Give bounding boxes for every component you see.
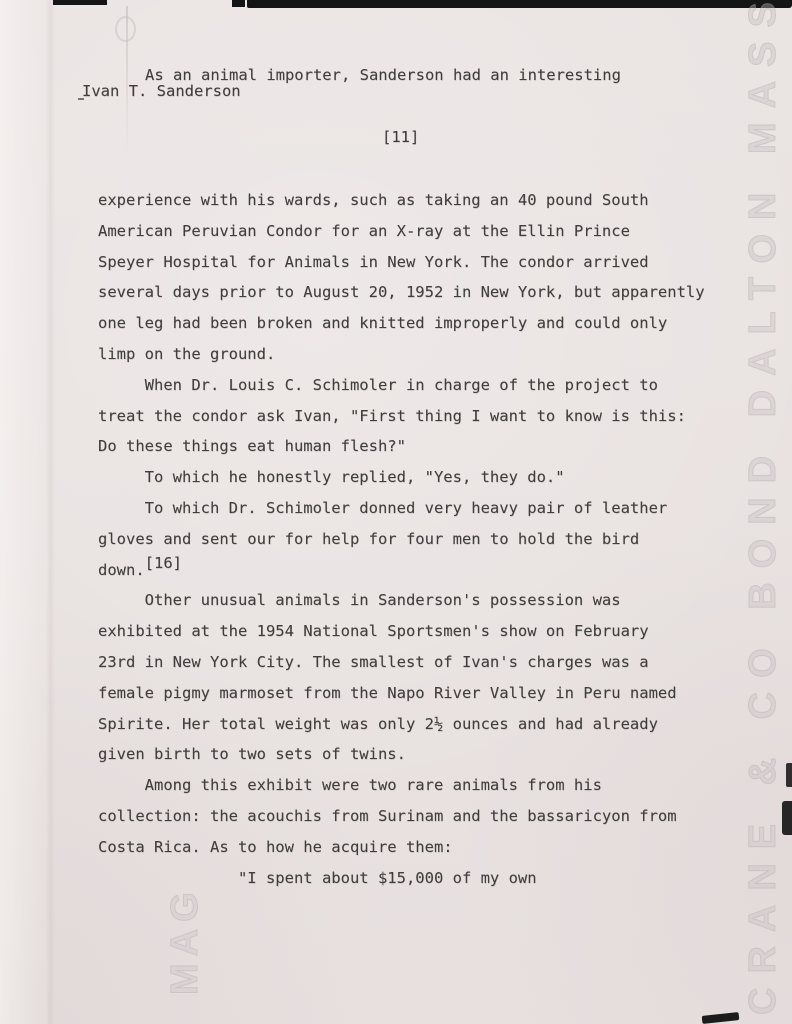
paper-watermark: CRANE & CO BOND DALTON MASS bbox=[742, 0, 785, 1015]
typed-line: treat the condor ask Ivan, "First thing … bbox=[98, 401, 705, 432]
typed-line: several days prior to August 20, 1952 in… bbox=[98, 277, 705, 308]
scan-edge-artifact bbox=[53, 0, 107, 5]
paper-crease bbox=[46, 0, 55, 1024]
running-head: Ivan T. Sanderson bbox=[82, 82, 241, 100]
typed-line: limp on the ground. bbox=[98, 339, 705, 370]
typed-line: Speyer Hospital for Animals in New York.… bbox=[98, 247, 705, 278]
scan-edge-artifact bbox=[247, 0, 792, 8]
typed-line: "I spent about $15,000 of my own bbox=[98, 863, 705, 894]
scan-edge-artifact bbox=[702, 1012, 740, 1024]
typed-line: Among this exhibit were two rare animals… bbox=[98, 770, 705, 801]
typed-line: given birth to two sets of twins. bbox=[98, 739, 705, 770]
typed-line: 23rd in New York City. The smallest of I… bbox=[98, 647, 705, 678]
typed-line: American Peruvian Condor for an X-ray at… bbox=[98, 216, 705, 247]
typed-line: experience with his wards, such as takin… bbox=[98, 185, 705, 216]
typed-line: Spirite. Her total weight was only 2½ ou… bbox=[98, 709, 705, 740]
typed-line: exhibited at the 1954 National Sportsmen… bbox=[98, 616, 705, 647]
typed-line: gloves and sent our for help for four me… bbox=[98, 524, 705, 555]
scan-edge-artifact bbox=[232, 0, 245, 7]
stray-type-mark bbox=[78, 98, 84, 100]
typed-line: Costa Rica. As to how he acquire them: bbox=[98, 832, 705, 863]
scanned-typescript-page: CRANE & CO BOND DALTON MASS MAG As an an… bbox=[0, 0, 792, 1024]
typed-line: To which Dr. Schimoler donned very heavy… bbox=[98, 493, 705, 524]
ink-ghost-mark: MAG bbox=[164, 885, 207, 995]
footnote-reference: [16] bbox=[145, 554, 182, 572]
typed-line: one leg had been broken and knitted impr… bbox=[98, 308, 705, 339]
typed-line: Other unusual animals in Sanderson's pos… bbox=[98, 585, 705, 616]
typed-line: down.[16] bbox=[98, 555, 705, 586]
ghost-circle-mark bbox=[115, 16, 136, 42]
scan-edge-artifact bbox=[786, 763, 792, 787]
typed-line: collection: the acouchis from Surinam an… bbox=[98, 801, 705, 832]
typed-line: When Dr. Louis C. Schimoler in charge of… bbox=[98, 370, 705, 401]
body-text: experience with his wards, such as takin… bbox=[98, 185, 705, 893]
typed-line: To which he honestly replied, "Yes, they… bbox=[98, 462, 705, 493]
page-number: [11] bbox=[382, 128, 419, 146]
typed-line: Do these things eat human flesh?" bbox=[98, 431, 705, 462]
typed-line: female pigmy marmoset from the Napo Rive… bbox=[98, 678, 705, 709]
